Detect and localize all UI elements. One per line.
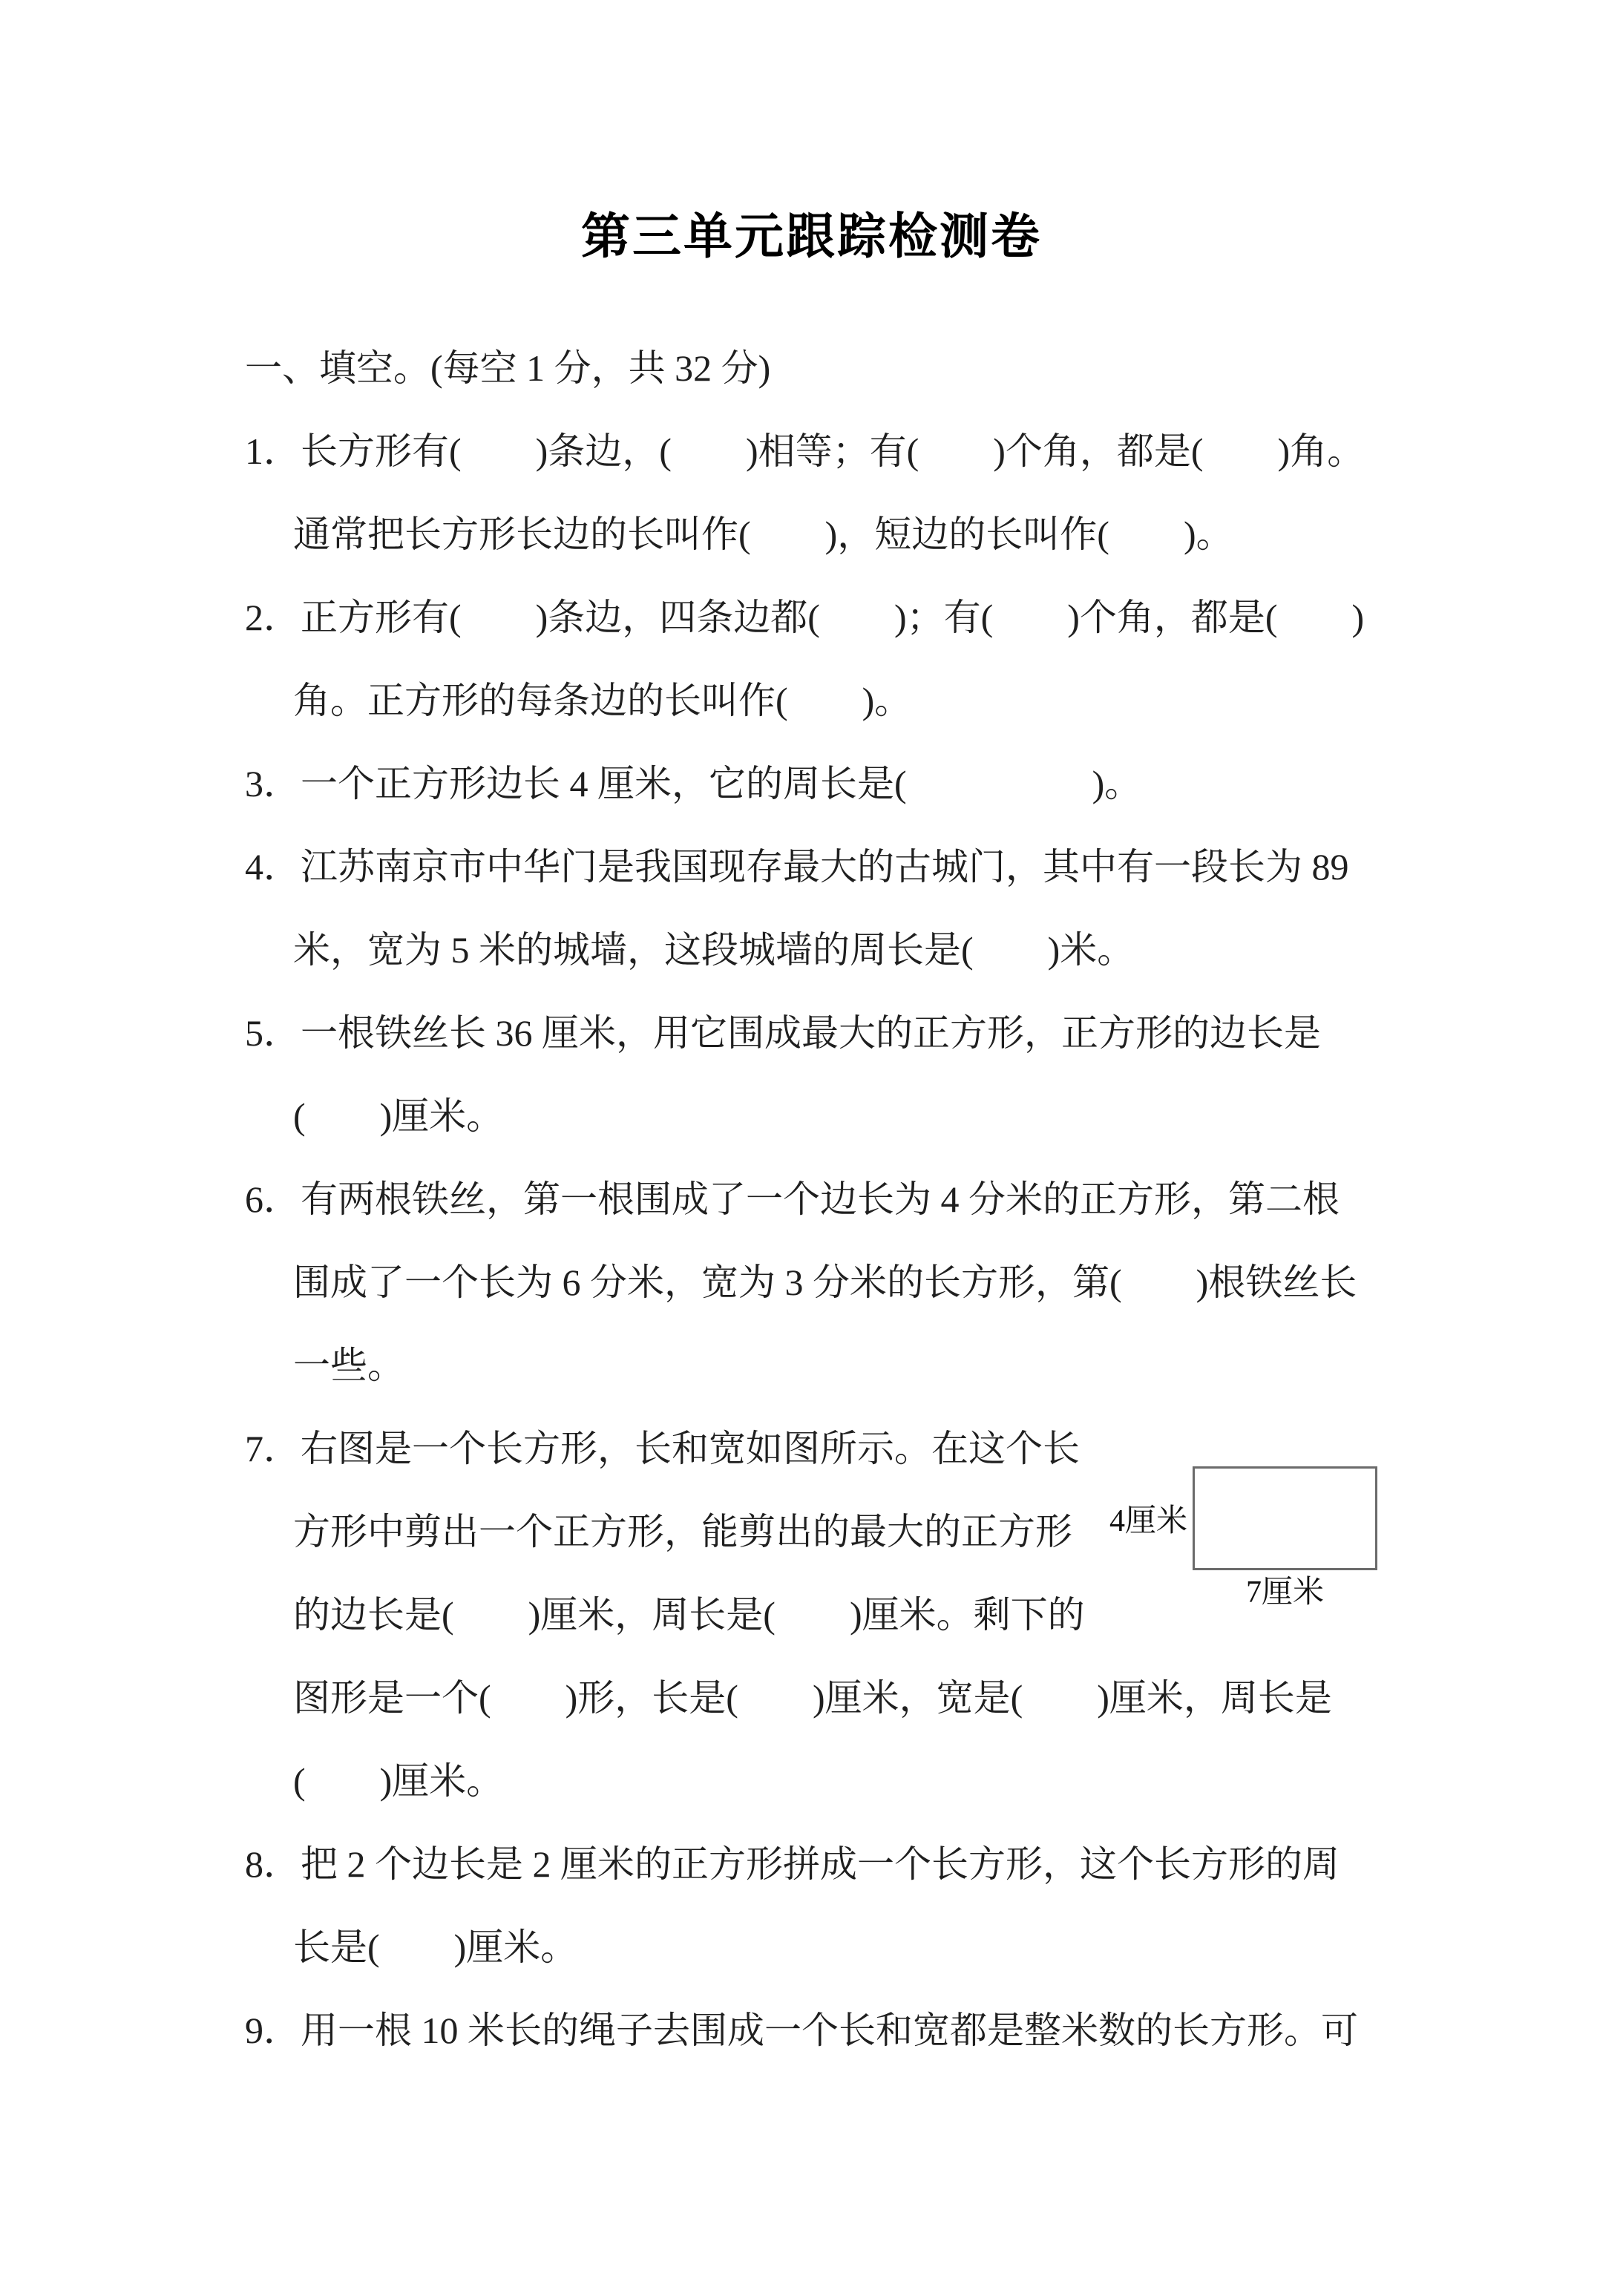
q7-line4: 图形是一个( )形，长是( )厘米，宽是( )厘米，周长是 — [293, 1656, 1332, 1739]
rectangle-width-label: 7厘米 — [1193, 1572, 1377, 1613]
q6-line2: 围成了一个长为 6 分米，宽为 3 分米的长方形，第( )根铁丝长 — [293, 1241, 1357, 1324]
q9-line1: 9．用一根 10 米长的绳子去围成一个长和宽都是整米数的长方形。可 — [245, 1989, 1358, 2072]
q7-line5: ( )厘米。 — [293, 1739, 503, 1823]
q8-line2: 长是( )厘米。 — [293, 1906, 577, 1989]
q2-line2: 角。正方形的每条边的长叫作( )。 — [293, 659, 911, 742]
q5-line1: 5．一根铁丝长 36 厘米，用它围成最大的正方形，正方形的边长是 — [245, 991, 1321, 1075]
q7-line3: 的边长是( )厘米，周长是( )厘米。剩下的 — [293, 1573, 1085, 1656]
rectangle-shape — [1193, 1466, 1377, 1570]
q4-line1: 4．江苏南京市中华门是我国现存最大的古城门，其中有一段长为 89 — [245, 825, 1349, 908]
page-title: 第三单元跟踪检测卷 — [0, 205, 1623, 267]
q3-line1: 3．一个正方形边长 4 厘米，它的周长是( )。 — [245, 742, 1141, 825]
q8-line1: 8．把 2 个边长是 2 厘米的正方形拼成一个长方形，这个长方形的周 — [245, 1823, 1340, 1906]
q5-line2: ( )厘米。 — [293, 1075, 503, 1158]
test-paper-page: 第三单元跟踪检测卷 一、填空。(每空 1 分，共 32 分) 1．长方形有( )… — [0, 0, 1623, 2296]
q7-line2: 方形中剪出一个正方形，能剪出的最大的正方形 — [293, 1490, 1072, 1573]
section-heading: 一、填空。(每空 1 分，共 32 分) — [245, 327, 770, 410]
q1-line1: 1．长方形有( )条边，( )相等；有( )个角，都是( )角。 — [245, 410, 1364, 493]
q1-line2: 通常把长方形长边的长叫作( )，短边的长叫作( )。 — [293, 493, 1233, 576]
q2-line1: 2．正方形有( )条边，四条边都( )；有( )个角，都是( ) — [245, 576, 1364, 659]
q6-line3: 一些。 — [293, 1324, 404, 1407]
q4-line2: 米，宽为 5 米的城墙，这段城墙的周长是( )米。 — [293, 908, 1134, 991]
rectangle-height-label: 4厘米 — [1061, 1500, 1187, 1542]
q7-line1: 7．右图是一个长方形，长和宽如图所示。在这个长 — [245, 1407, 1080, 1490]
q6-line1: 6．有两根铁丝，第一根围成了一个边长为 4 分米的正方形，第二根 — [245, 1158, 1340, 1241]
